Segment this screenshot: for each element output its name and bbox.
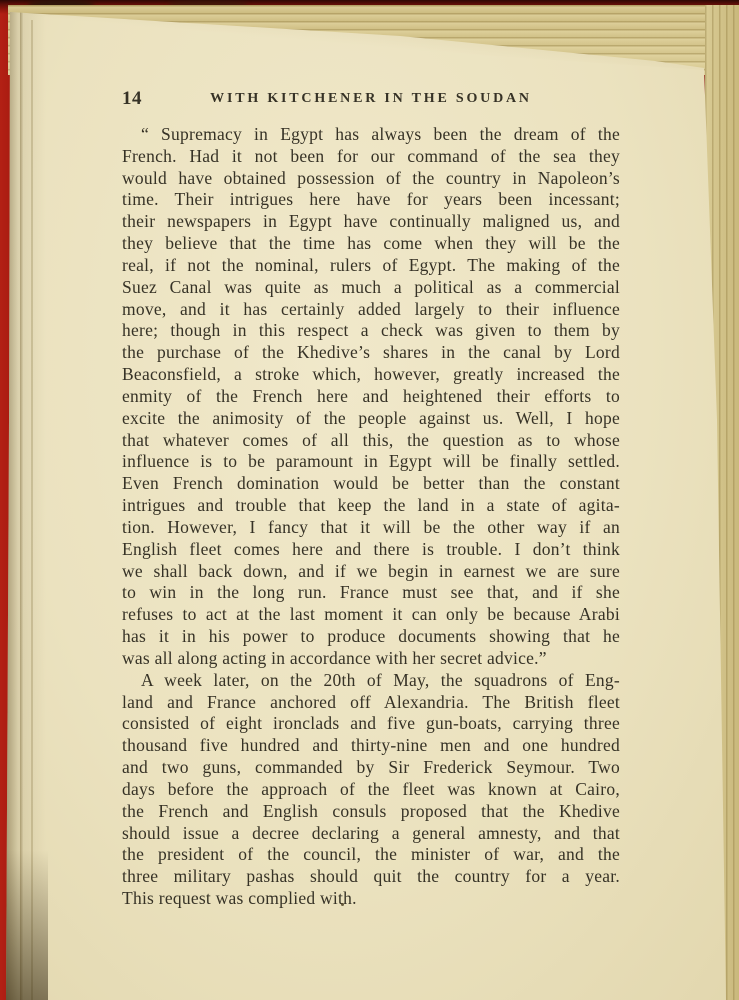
text-line: their newspapers in Egypt have continual… xyxy=(122,211,620,233)
text-line: time. Their intrigues here have for year… xyxy=(122,189,620,211)
text-line: that whatever comes of all this, the que… xyxy=(122,430,620,452)
text-line: and two guns, commanded by Sir Frederick… xyxy=(122,757,620,779)
text-block: “ Supremacy in Egypt has always been the… xyxy=(122,124,620,910)
text-line: This request was complied with. xyxy=(122,888,620,910)
text-line: Even French domination would be better t… xyxy=(122,473,620,495)
text-line: Suez Canal was quite as much a political… xyxy=(122,277,620,299)
text-line: the French and English consuls proposed … xyxy=(122,801,620,823)
text-line: three military pashas should quit the co… xyxy=(122,866,620,888)
text-line: English fleet comes here and there is tr… xyxy=(122,539,620,561)
text-line: Beaconsfield, a stroke which, however, g… xyxy=(122,364,620,386)
text-line: excite the animosity of the people again… xyxy=(122,408,620,430)
text-line: consisted of eight ironclads and five gu… xyxy=(122,713,620,735)
paragraph: “ Supremacy in Egypt has always been the… xyxy=(122,124,620,670)
text-line: thousand five hundred and thirty-nine me… xyxy=(122,735,620,757)
text-line: intrigues and trouble that keep the land… xyxy=(122,495,620,517)
text-line: they believe that the time has come when… xyxy=(122,233,620,255)
text-line: would have obtained possession of the co… xyxy=(122,168,620,190)
text-line: the president of the council, the minist… xyxy=(122,844,620,866)
page-sheet: 14 WITH KITCHENER IN THE SOUDAN “ Suprem… xyxy=(0,0,739,1000)
text-line: land and France anchored off Alexandria.… xyxy=(122,692,620,714)
text-line: real, if not the nominal, rulers of Egyp… xyxy=(122,255,620,277)
text-line: the purchase of the Khedive’s shares in … xyxy=(122,342,620,364)
scanned-book-page: 14 WITH KITCHENER IN THE SOUDAN “ Suprem… xyxy=(0,0,739,1000)
gutter-bottom-shadow xyxy=(6,830,48,1000)
text-line: was all along acting in accordance with … xyxy=(122,648,620,670)
text-line: here; though in this respect a check was… xyxy=(122,320,620,342)
text-line: should issue a decree declaring a genera… xyxy=(122,823,620,845)
text-line: tion. However, I fancy that it will be t… xyxy=(122,517,620,539)
running-title: WITH KITCHENER IN THE SOUDAN xyxy=(122,91,620,107)
text-line: A week later, on the 20th of May, the sq… xyxy=(122,670,620,692)
page-header: 14 WITH KITCHENER IN THE SOUDAN xyxy=(122,88,620,112)
paragraph: A week later, on the 20th of May, the sq… xyxy=(122,670,620,910)
text-line: move, and it has certainly added largely… xyxy=(122,299,620,321)
text-line: days before the approach of the fleet wa… xyxy=(122,779,620,801)
text-line: influence is to be paramount in Egypt wi… xyxy=(122,451,620,473)
text-line: has it in his power to produce documents… xyxy=(122,626,620,648)
text-line: refuses to act at the last moment it can… xyxy=(122,604,620,626)
text-line: “ Supremacy in Egypt has always been the… xyxy=(122,124,620,146)
ink-speck xyxy=(341,903,344,906)
text-line: to win in the long run. France must see … xyxy=(122,582,620,604)
text-line: enmity of the French here and heightened… xyxy=(122,386,620,408)
text-line: we shall back down, and if we begin in e… xyxy=(122,561,620,583)
text-line: French. Had it not been for our command … xyxy=(122,146,620,168)
